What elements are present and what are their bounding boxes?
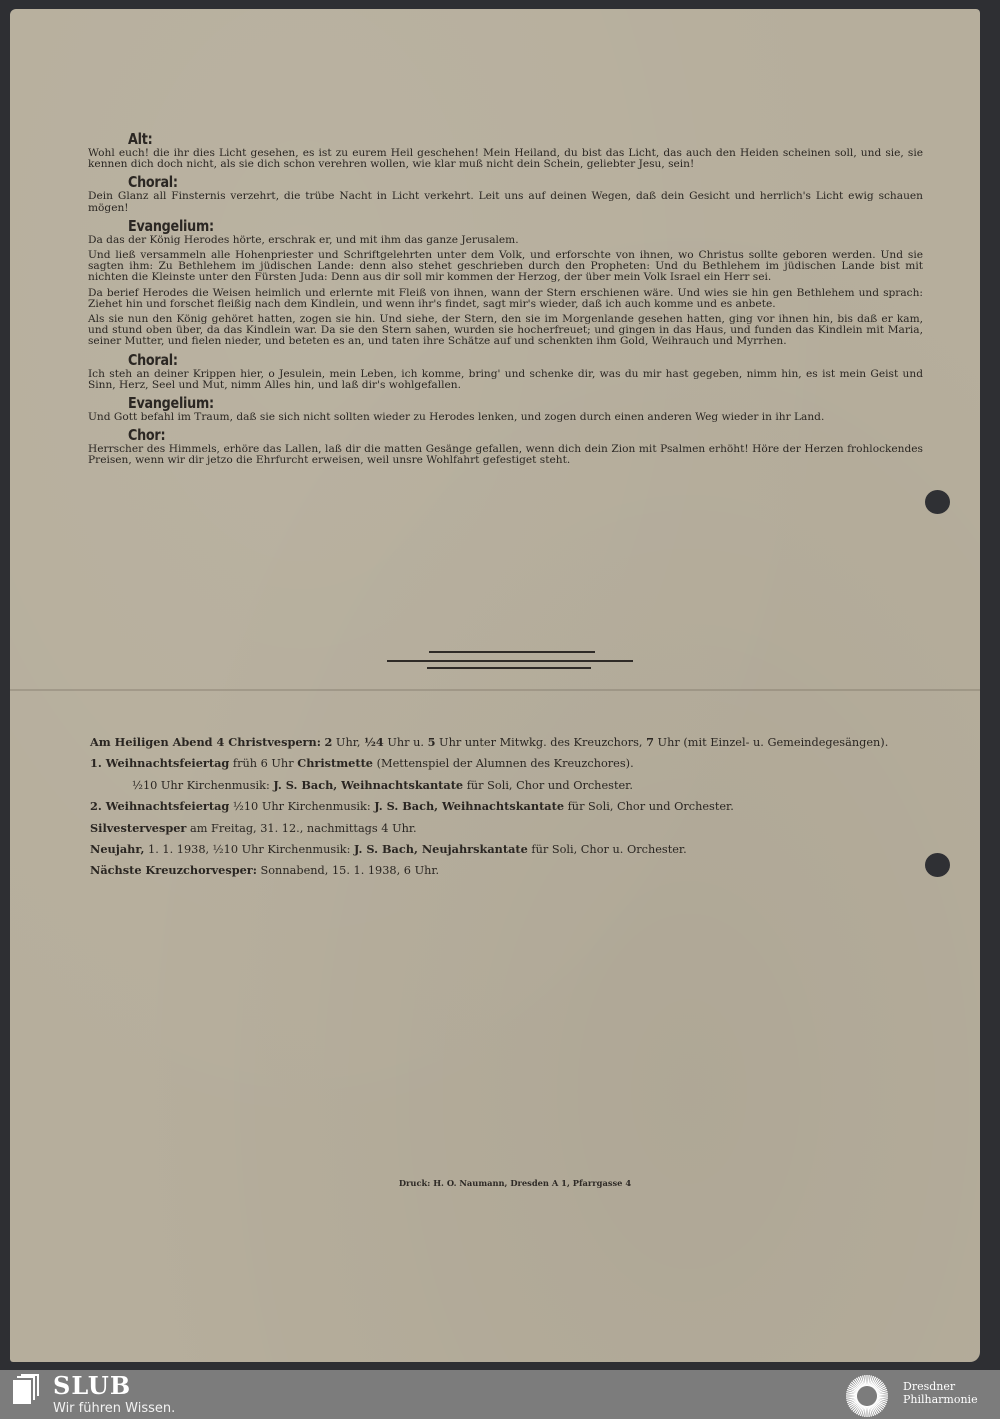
service-schedule: Am Heiligen Abend 4 Christvespern: 2 Uhr… (90, 732, 930, 882)
section-heading: Evangelium: (128, 395, 804, 412)
section-paragraph: Dein Glanz all Finsternis verzehrt, die … (88, 191, 923, 213)
punch-hole-lower (925, 853, 950, 877)
section-heading: Choral: (128, 174, 804, 191)
schedule-second-christmas-day: 2. Weihnachtsfeiertag ½10 Uhr Kirchenmus… (90, 796, 930, 817)
libretto-section: Evangelium:Und Gott befahl im Traum, daß… (88, 395, 923, 423)
philharmonie-brand[interactable]: Dresdner Philharmonie (903, 1380, 978, 1406)
libretto-section: Evangelium:Da das der König Herodes hört… (88, 218, 923, 348)
section-paragraph: Ich steh an deiner Krippen hier, o Jesul… (88, 369, 923, 391)
slub-tagline: Wir führen Wissen. (53, 1401, 175, 1416)
section-paragraph: Herrscher des Himmels, erhöre das Lallen… (88, 444, 923, 466)
divider-line-bottom (427, 667, 591, 669)
libretto-section: Chor:Herrscher des Himmels, erhöre das L… (88, 427, 923, 466)
schedule-next-vesper: Nächste Kreuzchorvesper: Sonnabend, 15. … (90, 860, 930, 881)
section-paragraph: Da berief Herodes die Weisen heimlich un… (88, 288, 923, 310)
schedule-new-years-eve: Silvestervesper am Freitag, 31. 12., nac… (90, 818, 930, 839)
schedule-christmas-eve: Am Heiligen Abend 4 Christvespern: 2 Uhr… (90, 732, 930, 753)
section-paragraph: Und Gott befahl im Traum, daß sie sich n… (88, 412, 923, 423)
divider-line-middle (387, 660, 633, 662)
schedule-first-christmas-day-music: ½10 Uhr Kirchenmusik: J. S. Bach, Weihna… (90, 775, 930, 796)
section-paragraph: Und ließ versammeln alle Hohenpriester u… (88, 250, 923, 284)
section-heading: Chor: (128, 427, 804, 444)
section-paragraph: Da das der König Herodes hörte, erschrak… (88, 235, 923, 246)
fold-crease (10, 689, 980, 691)
divider-line-top (429, 651, 595, 653)
libretto-section: Alt:Wohl euch! die ihr dies Licht gesehe… (88, 131, 923, 170)
punch-hole-upper (925, 490, 950, 514)
libretto-text: Alt:Wohl euch! die ihr dies Licht gesehe… (88, 131, 923, 471)
philharmonie-sun-icon (843, 1373, 891, 1419)
libretto-section: Choral:Dein Glanz all Finsternis verzehr… (88, 174, 923, 213)
slub-book-icon (13, 1374, 41, 1404)
schedule-new-year: Neujahr, 1. 1. 1938, ½10 Uhr Kirchenmusi… (90, 839, 930, 860)
section-heading: Alt: (128, 131, 804, 148)
section-heading: Evangelium: (128, 218, 804, 235)
viewer-footer-bar: SLUB Wir führen Wissen. Dresdner Philhar… (0, 1370, 1000, 1419)
section-paragraph: Wohl euch! die ihr dies Licht gesehen, e… (88, 148, 923, 170)
schedule-first-christmas-day: 1. Weihnachtsfeiertag früh 6 Uhr Christm… (90, 753, 930, 774)
section-paragraph: Als sie nun den König gehöret hatten, zo… (88, 314, 923, 348)
decorative-divider (377, 648, 627, 672)
libretto-section: Choral:Ich steh an deiner Krippen hier, … (88, 352, 923, 391)
printer-imprint: Druck: H. O. Naumann, Dresden A 1, Pfarr… (380, 1178, 650, 1188)
slub-brand[interactable]: SLUB (53, 1371, 131, 1400)
section-heading: Choral: (128, 352, 804, 369)
